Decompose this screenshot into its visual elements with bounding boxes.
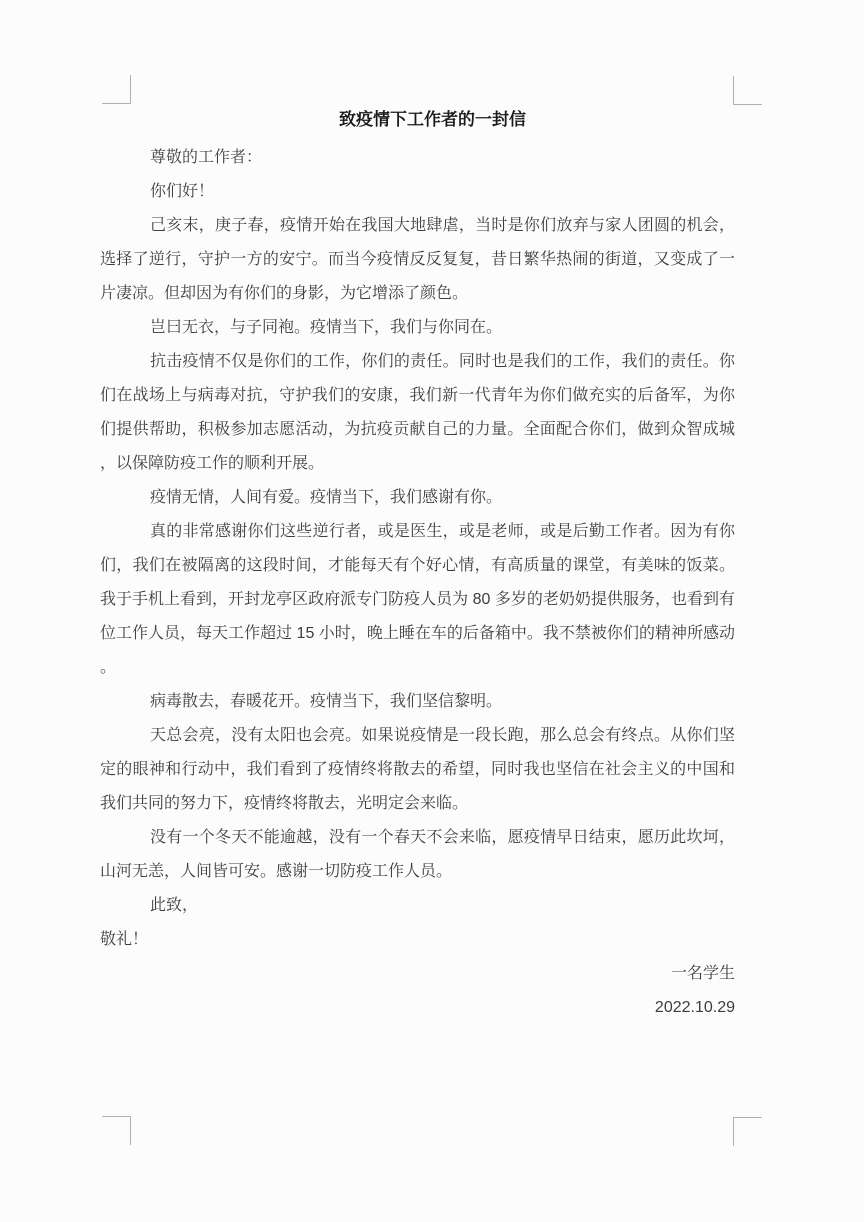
text-boundary-mark-bottom-right <box>733 1117 762 1146</box>
paragraph: 真的非常感谢你们这些逆行者，或是医生，或是老师，或是后勤工作者。因为有你们，我们… <box>100 515 735 685</box>
paragraph: 病毒散去，春暖花开。疫情当下，我们坚信黎明。 <box>100 685 735 719</box>
letter-salute: 敬礼！ <box>100 923 735 957</box>
paragraph: 疫情无情，人间有爱。疫情当下，我们感谢有你。 <box>100 481 735 515</box>
letter-salutation: 尊敬的工作者： <box>100 141 735 175</box>
text-boundary-mark-top-left <box>102 75 131 104</box>
paragraph: 天总会亮，没有太阳也会亮。如果说疫情是一段长跑，那么总会有终点。从你们坚定的眼神… <box>100 719 735 821</box>
document-page: 致疫情下工作者的一封信 尊敬的工作者： 你们好！ 己亥末，庚子春，疫情开始在我国… <box>0 0 864 1222</box>
letter-title: 致疫情下工作者的一封信 <box>115 103 750 137</box>
letter-greeting: 你们好！ <box>100 175 735 209</box>
paragraph: 抗击疫情不仅是你们的工作，你们的责任。同时也是我们的工作，我们的责任。你们在战场… <box>100 345 735 481</box>
paragraph: 己亥末，庚子春，疫情开始在我国大地肆虐，当时是你们放弃与家人团圆的机会，选择了逆… <box>100 209 735 311</box>
paragraph: 没有一个冬天不能逾越，没有一个春天不会来临，愿疫情早日结束，愿历此坎坷，山河无恙… <box>100 821 735 889</box>
text-boundary-mark-bottom-left <box>102 1116 131 1145</box>
document-text-area[interactable]: 致疫情下工作者的一封信 尊敬的工作者： 你们好！ 己亥末，庚子春，疫情开始在我国… <box>100 103 735 1025</box>
text-boundary-mark-top-right <box>733 76 762 105</box>
letter-closing: 此致， <box>100 889 735 923</box>
paragraph: 岂曰无衣，与子同袍。疫情当下，我们与你同在。 <box>100 311 735 345</box>
letter-signature: 一名学生 <box>100 957 735 991</box>
letter-date: 2022.10.29 <box>100 991 735 1025</box>
